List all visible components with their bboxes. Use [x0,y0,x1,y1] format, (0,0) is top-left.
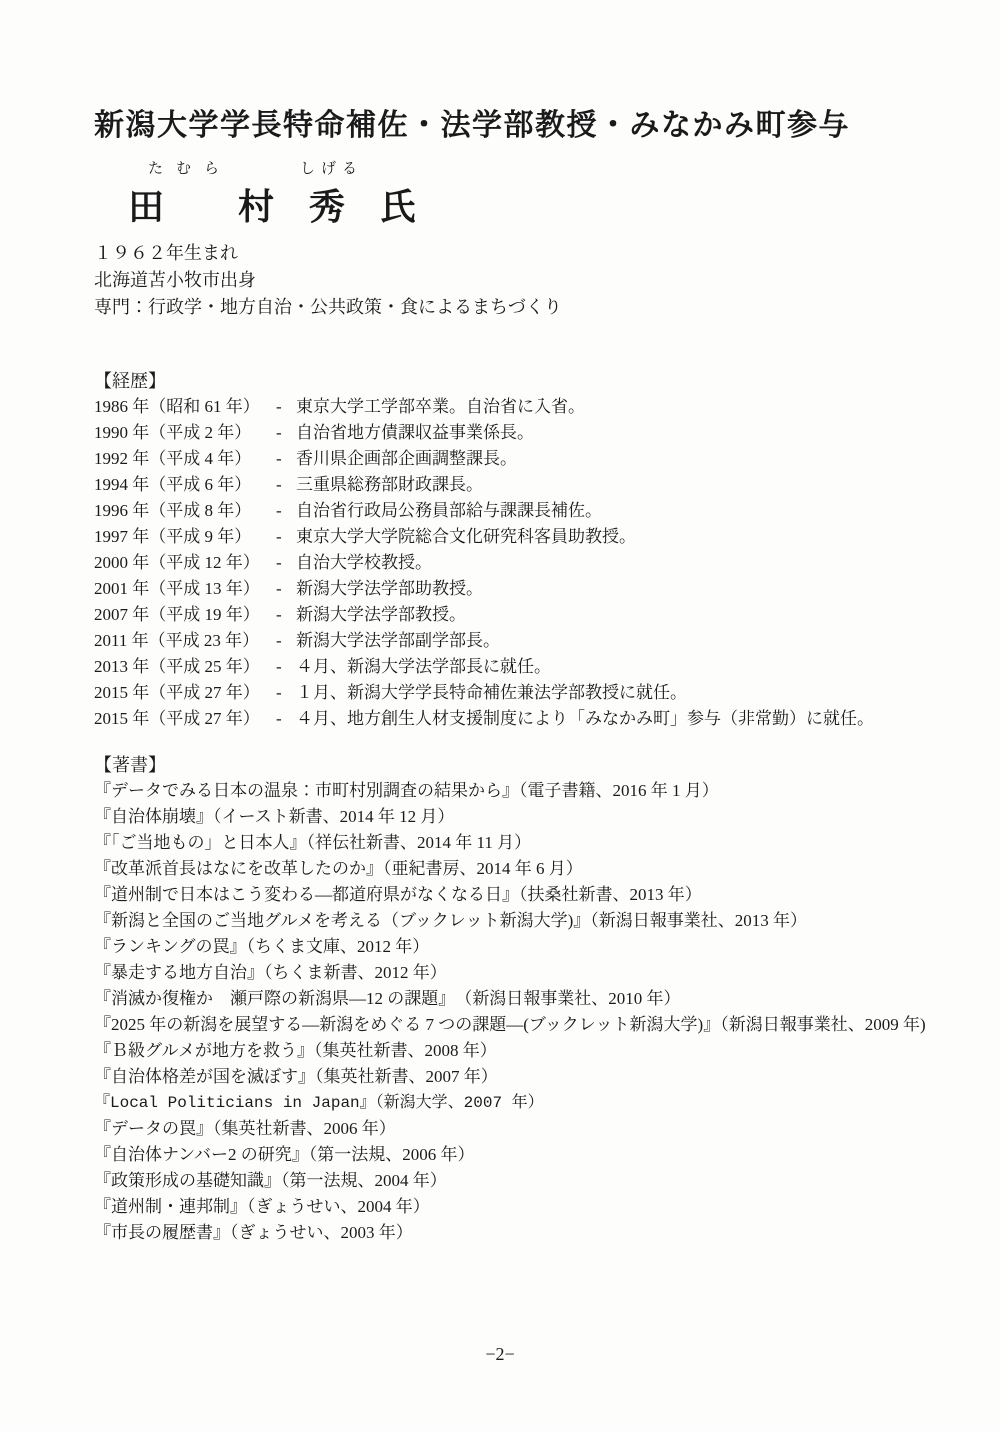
honorific: 氏 [380,179,416,230]
book-item: 『自治体崩壊』（イースト新書、2014 年 12 月） [94,804,942,830]
family-name: 田 村 [128,179,293,230]
furigana-given-name: しげる [300,157,363,178]
career-section: 【経歴】 1986 年（昭和 61 年）-東京大学工学部卒業。自治省に入省。 1… [94,368,874,732]
career-separator: - [276,524,296,550]
career-desc: 東京大学大学院総合文化研究科客員助教授。 [296,524,636,550]
document-title: 新潟大学学長特命補佐・法学部教授・みなかみ町参与 [94,100,850,144]
bio-birthplace: 北海道苫小牧市出身 [94,267,562,294]
career-row: 2013 年（平成 25 年）-４月、新潟大学法学部長に就任。 [94,654,874,680]
career-heading: 【経歴】 [94,368,874,394]
career-separator: - [276,550,296,576]
career-desc: １月、新潟大学学長特命補佐兼法学部教授に就任。 [296,680,687,706]
book-item: 『ランキングの罠』（ちくま文庫、2012 年） [94,934,942,960]
career-desc: ４月、新潟大学法学部長に就任。 [296,654,551,680]
career-separator: - [276,472,296,498]
book-item: 『データでみる日本の温泉：市町村別調査の結果から』（電子書籍、2016 年 1 … [94,778,942,804]
book-item: 『消滅か復権か 瀬戸際の新潟県―12 の課題』 （新潟日報事業社、2010 年） [94,986,942,1012]
career-year: 2007 年（平成 19 年） [94,602,276,628]
career-year: 2000 年（平成 12 年） [94,550,276,576]
career-desc: 自治大学校教授。 [296,550,432,576]
books-heading: 【著書】 [94,752,942,778]
career-separator: - [276,420,296,446]
book-item: 『政策形成の基礎知識』（第一法規、2004 年） [94,1168,942,1194]
career-desc: 新潟大学法学部教授。 [296,602,466,628]
book-item: 『自治体ナンバー2 の研究』（第一法規、2006 年） [94,1142,942,1168]
career-desc: ４月、地方創生人材支援制度により「みなかみ町」参与（非常勤）に就任。 [296,706,874,732]
book-item: 『市長の履歴書』（ぎょうせい、2003 年） [94,1220,942,1246]
career-desc: 三重県総務部財政課長。 [296,472,483,498]
career-separator: - [276,576,296,602]
page-number: −2− [0,1344,1000,1365]
career-year: 2001 年（平成 13 年） [94,576,276,602]
bio-birth-year: １９６２年生まれ [94,240,562,267]
career-row: 1992 年（平成 4 年）-香川県企画部企画調整課長。 [94,446,874,472]
career-row: 1990 年（平成 2 年）-自治省地方債課収益事業係長。 [94,420,874,446]
scanned-document-page: 新潟大学学長特命補佐・法学部教授・みなかみ町参与 たむら しげる 田 村 秀 氏… [0,0,1000,1431]
career-row: 1994 年（平成 6 年）-三重県総務部財政課長。 [94,472,874,498]
career-year: 1990 年（平成 2 年） [94,420,276,446]
career-row: 2015 年（平成 27 年）-４月、地方創生人材支援制度により「みなかみ町」参… [94,706,874,732]
book-item: 『道州制で日本はこう変わる―都道府県がなくなる日』（扶桑社新書、2013 年） [94,882,942,908]
person-name-block: たむら しげる 田 村 秀 氏 [128,157,588,223]
career-separator: - [276,680,296,706]
book-item: 『改革派首長はなにを改革したのか』（亜紀書房、2014 年 6 月） [94,856,942,882]
career-desc: 新潟大学法学部助教授。 [296,576,483,602]
furigana-family-name: たむら [148,157,232,178]
book-item: 『道州制・連邦制』（ぎょうせい、2004 年） [94,1194,942,1220]
career-separator: - [276,602,296,628]
career-year: 1997 年（平成 9 年） [94,524,276,550]
career-year: 1986 年（昭和 61 年） [94,394,276,420]
book-item: 『新潟と全国のご当地グルメを考える（ブックレット新潟大学)』（新潟日報事業社、2… [94,908,942,934]
career-year: 2015 年（平成 27 年） [94,680,276,706]
book-item: 『データの罠』（集英社新書、2006 年） [94,1116,942,1142]
career-desc: 新潟大学法学部副学部長。 [296,628,500,654]
career-row: 2007 年（平成 19 年）-新潟大学法学部教授。 [94,602,874,628]
career-year: 1994 年（平成 6 年） [94,472,276,498]
career-row: 1986 年（昭和 61 年）-東京大学工学部卒業。自治省に入省。 [94,394,874,420]
career-row: 1996 年（平成 8 年）-自治省行政局公務員部給与課課長補佐。 [94,498,874,524]
career-separator: - [276,446,296,472]
bio-block: １９６２年生まれ 北海道苫小牧市出身 専門：行政学・地方自治・公共政策・食による… [94,240,562,321]
career-row: 2001 年（平成 13 年）-新潟大学法学部助教授。 [94,576,874,602]
book-item: 『自治体格差が国を滅ぼす』（集英社新書、2007 年） [94,1064,942,1090]
career-year: 2013 年（平成 25 年） [94,654,276,680]
given-name: 秀 [309,179,345,230]
career-desc: 東京大学工学部卒業。自治省に入省。 [296,394,585,420]
career-year: 1996 年（平成 8 年） [94,498,276,524]
career-separator: - [276,498,296,524]
book-item: 『Ｂ級グルメが地方を救う』（集英社新書、2008 年） [94,1038,942,1064]
book-item: 『暴走する地方自治』（ちくま新書、2012 年） [94,960,942,986]
career-year: 2011 年（平成 23 年） [94,628,276,654]
book-item: 『Local Politicians in Japan』（新潟大学、2007 年… [94,1090,942,1116]
career-row: 2015 年（平成 27 年）-１月、新潟大学学長特命補佐兼法学部教授に就任。 [94,680,874,706]
career-desc: 自治省行政局公務員部給与課課長補佐。 [296,498,602,524]
bio-specialty: 専門：行政学・地方自治・公共政策・食によるまちづくり [94,294,562,321]
books-section: 【著書】 『データでみる日本の温泉：市町村別調査の結果から』（電子書籍、2016… [94,752,942,1246]
career-year: 1992 年（平成 4 年） [94,446,276,472]
career-year: 2015 年（平成 27 年） [94,706,276,732]
career-desc: 香川県企画部企画調整課長。 [296,446,517,472]
career-row: 1997 年（平成 9 年）-東京大学大学院総合文化研究科客員助教授。 [94,524,874,550]
career-desc: 自治省地方債課収益事業係長。 [296,420,534,446]
book-item: 『「ご当地もの」と日本人』（祥伝社新書、2014 年 11 月） [94,830,942,856]
career-row: 2000 年（平成 12 年）-自治大学校教授。 [94,550,874,576]
book-item: 『2025 年の新潟を展望する―新潟をめぐる 7 つの課題―(ブックレット新潟大… [94,1012,942,1038]
career-separator: - [276,394,296,420]
career-separator: - [276,706,296,732]
career-separator: - [276,628,296,654]
career-separator: - [276,654,296,680]
career-row: 2011 年（平成 23 年）-新潟大学法学部副学部長。 [94,628,874,654]
